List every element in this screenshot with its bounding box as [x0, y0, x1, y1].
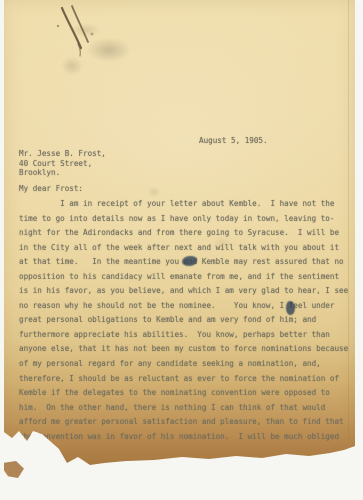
body-line: Kemble if the delegates to the nominatin… — [19, 386, 348, 401]
salutation: My dear Frost: — [19, 184, 83, 193]
body-line: in the City all of the week after next a… — [19, 241, 348, 256]
body-line: the Convention was in favor of his nomin… — [19, 430, 348, 445]
body-line: anyone else, that it has not been my cus… — [19, 342, 348, 357]
body-line: of my personal regard for any candidate … — [19, 357, 348, 372]
letter-body: I am in receipt of your letter about Kem… — [19, 197, 348, 444]
body-line: no reason why he should not be the nomin… — [19, 299, 348, 314]
recipient-address-line: Mr. Jesse B. Frost, — [19, 149, 106, 159]
recipient-address-block: Mr. Jesse B. Frost,40 Court Street,Brook… — [19, 149, 106, 178]
torn-paper-fragment — [4, 461, 24, 478]
body-line: night for the Adirondacks and from there… — [19, 226, 348, 241]
body-line: I am in receipt of your letter about Kem… — [19, 197, 348, 212]
body-line: furthermore appreciate his abilities. Yo… — [19, 328, 348, 343]
pencil-scribble-mark — [48, 4, 118, 68]
body-line: time to go into details now as I have on… — [19, 212, 348, 227]
body-line: him. On the other hand, there is nothing… — [19, 401, 348, 416]
body-line: afford me greater personal satisfaction … — [19, 415, 348, 430]
letter-page: August 5, 1905. Mr. Jesse B. Frost,40 Co… — [4, 0, 355, 465]
recipient-address-line: 40 Court Street, — [19, 159, 106, 169]
body-line: great personal obligations to Kemble and… — [19, 313, 348, 328]
body-line: is in his favor, as you believe, and whi… — [19, 284, 348, 299]
scanned-letter-canvas: August 5, 1905. Mr. Jesse B. Frost,40 Co… — [0, 0, 363, 500]
letter-date: August 5, 1905. — [199, 136, 268, 145]
body-line: therefore, I should be as reluctant as e… — [19, 372, 348, 387]
body-line: opposition to his candidacy will emanate… — [19, 270, 348, 285]
ink-blot — [286, 301, 295, 315]
recipient-address-line: Brooklyn. — [19, 168, 106, 178]
